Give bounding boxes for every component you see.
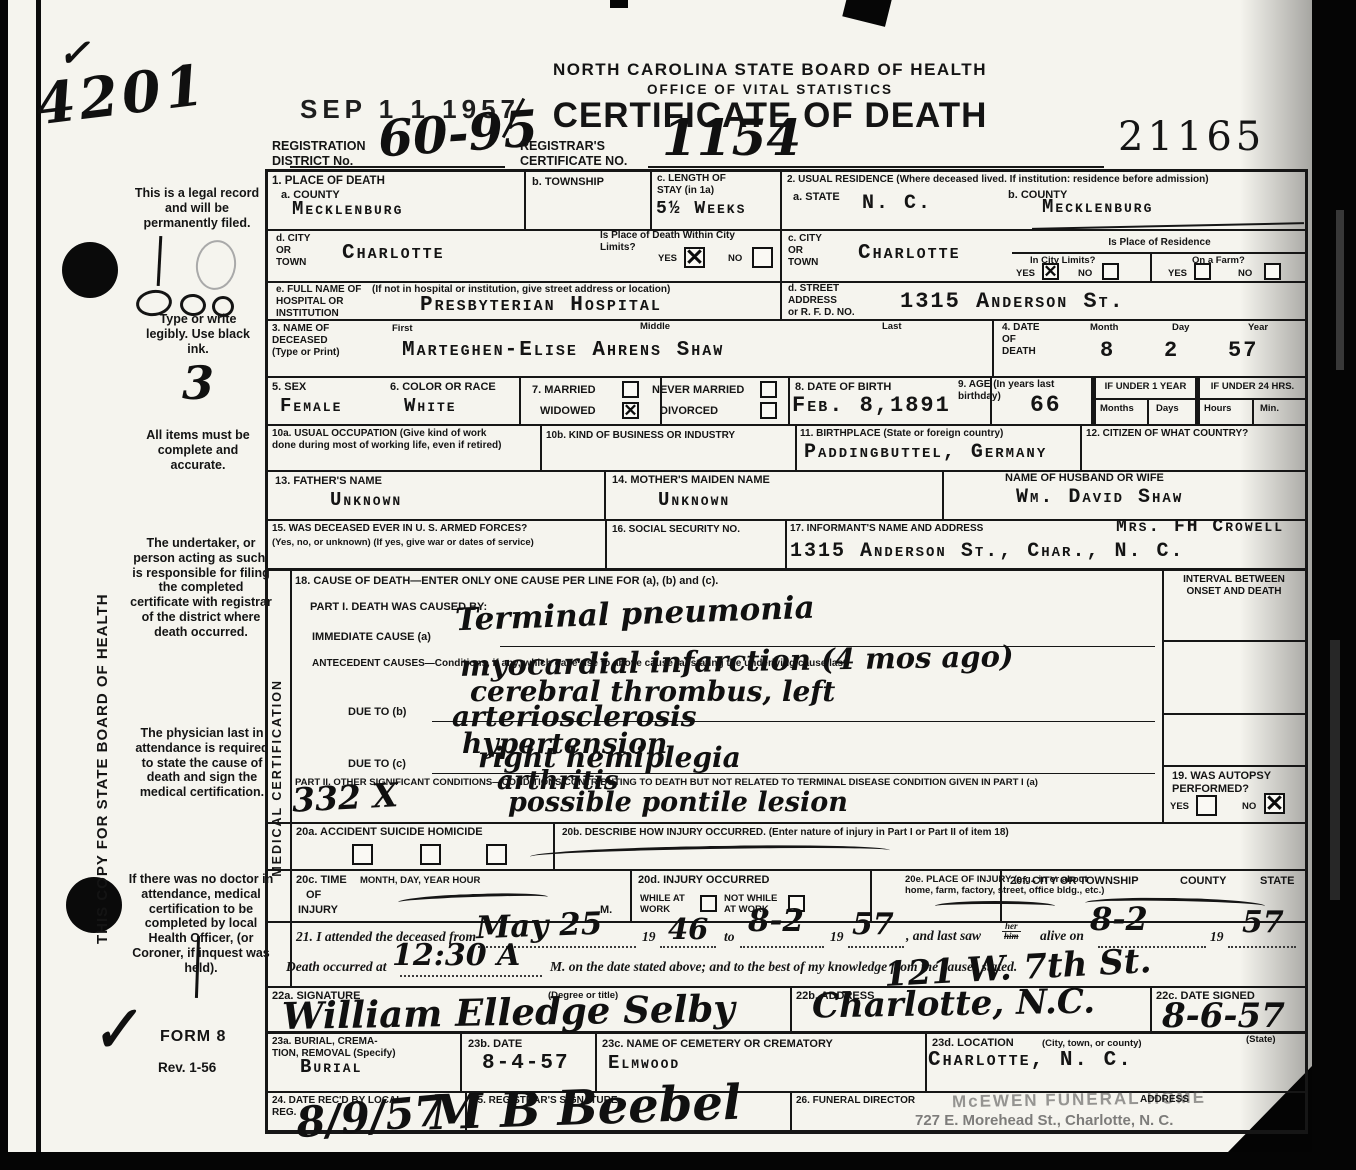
field-length-of-stay-value: 5½ Weeks (656, 199, 746, 219)
time-of-injury-label: 20c. TIME (296, 874, 347, 887)
field-informant-address: 1315 Anderson St., Char., N. C. (790, 540, 1184, 563)
field-place-of-death-title: 1. PLACE OF DEATH (272, 175, 385, 189)
field-residence-city-label: c. CITY OR TOWN (788, 233, 822, 268)
rule (740, 945, 824, 948)
rule (1091, 398, 1307, 400)
field-birth-date-value: Feb. 8,1891 (792, 393, 951, 418)
residence-farm-yes-label: YES (1168, 268, 1187, 279)
rule (1080, 424, 1082, 470)
burial-date-label: 23b. DATE (468, 1038, 522, 1051)
autopsy-label: 19. WAS AUTOPSY PERFORMED? (1172, 770, 1271, 796)
dod-month-header: Month (1090, 322, 1119, 333)
residence-city-yes-label: YES (1016, 268, 1035, 279)
marital-never-label: NEVER MARRIED (652, 384, 744, 397)
death-occurred-statement: Death occurred at (286, 959, 387, 975)
describe-injury-label: 20b. DESCRIBE HOW INJURY OCCURRED. (Ente… (562, 827, 1009, 839)
scan-edge-line (36, 0, 41, 1152)
rule (519, 376, 521, 424)
field-county-value: Mecklenburg (292, 198, 403, 220)
burial-location-sublabel: (City, town, or county) (1042, 1038, 1142, 1049)
rule (1162, 568, 1164, 822)
suicide-checkbox (420, 844, 441, 865)
homicide-checkbox (486, 844, 507, 865)
due-to-b-label: DUE TO (b) (348, 706, 406, 719)
rule (400, 974, 542, 977)
rule (1150, 986, 1152, 1031)
margin-note-undertaker: The undertaker, or person acting as such… (130, 536, 272, 639)
printed-19-a: 19 (642, 929, 656, 945)
field-residence-state-value: N. C. (862, 192, 932, 215)
hw-attended-to: 8-2 (748, 903, 804, 939)
field-death-city-label: d. CITY OR TOWN (276, 233, 310, 268)
rule (1228, 945, 1296, 948)
field-race-value: White (404, 395, 457, 417)
rule (265, 424, 1307, 426)
residence-farm-no-checkbox (1264, 263, 1281, 280)
field-hospital-value: Presbyterian Hospital (420, 294, 662, 317)
time-of-injury-of: OF (306, 889, 321, 902)
field-race-label: 6. COLOR OR RACE (390, 381, 496, 394)
field-informant-label: 17. INFORMANT'S NAME AND ADDRESS (790, 523, 983, 535)
cause-of-death-title: 18. CAUSE OF DEATH—ENTER ONLY ONE CAUSE … (295, 575, 718, 588)
interval-header: INTERVAL BETWEEN ONSET AND DEATH (1166, 574, 1302, 598)
margin-note-physician: The physician last in attendance is requ… (130, 726, 274, 800)
attended-statement-lastsaw: , and last saw (906, 928, 981, 944)
printed-19-c: 19 (1210, 929, 1224, 945)
cemetery-value: Elmwood (608, 1052, 680, 1074)
attended-statement-aliveon: alive on (1040, 928, 1084, 944)
rule (460, 1031, 462, 1091)
rule (790, 1091, 792, 1130)
rule (848, 945, 904, 948)
field-informant-name: Mrs. FH Crowell (1116, 517, 1284, 537)
funeral-address-label: ADDRESS (1140, 1094, 1189, 1106)
rule (265, 169, 1307, 172)
field-residence-county-value: Mecklenburg (1042, 196, 1153, 218)
under-24-hrs-min: Min. (1260, 403, 1279, 414)
rule (795, 424, 797, 470)
rule (648, 166, 1104, 168)
hw-year-46: 46 (668, 912, 708, 946)
field-birthplace-value: Paddingbuttel, Germany (804, 441, 1047, 464)
field-birthplace-label: 11. BIRTHPLACE (State or foreign country… (800, 428, 1003, 440)
rule (1012, 252, 1307, 254)
field-age-value: 66 (1030, 392, 1062, 418)
field-residence-city-value: Charlotte (858, 242, 961, 265)
rule (790, 986, 792, 1031)
rule (540, 424, 542, 470)
burial-location-value: Charlotte, N. C. (928, 1049, 1133, 1072)
dod-year-header: Year (1248, 322, 1268, 333)
accident-checkbox (352, 844, 373, 865)
pen-stroke (935, 901, 1055, 911)
hw-year-57b: 57 (1242, 905, 1284, 940)
field-street-address-label: d. STREET ADDRESS or R. F. D. NO. (788, 283, 855, 318)
burial-date-value: 8-4-57 (482, 1052, 570, 1075)
rule (1252, 398, 1254, 424)
death-city-limits-no-checkbox (752, 247, 773, 268)
rule (290, 166, 505, 168)
accident-suicide-homicide-label: 20a. ACCIDENT SUICIDE HOMICIDE (296, 826, 483, 839)
rule (650, 169, 652, 229)
name-middle-header: Middle (640, 321, 670, 332)
rule (524, 169, 526, 229)
rule (265, 376, 1307, 378)
field-township-label: b. TOWNSHIP (532, 176, 604, 189)
field-name-value: Marteghen-Elise Ahrens Shaw (402, 339, 724, 362)
injury-occurred-label: 20d. INJURY OCCURRED (638, 874, 769, 887)
residence-header: Is Place of Residence (1012, 237, 1307, 249)
while-at-work-checkbox (700, 895, 717, 912)
rule (1150, 252, 1152, 281)
field-street-address-value: 1315 Anderson St. (900, 289, 1125, 314)
rule (925, 1031, 927, 1091)
rule (785, 519, 787, 568)
margin-note-legibly: Type or write legibly. Use black ink. (138, 312, 258, 356)
death-city-limits-yes-label: YES (658, 253, 677, 264)
rule (604, 470, 606, 519)
him-option: him (1002, 932, 1021, 941)
cemetery-label: 23c. NAME OF CEMETERY OR CREMATORY (602, 1038, 833, 1051)
field-father-label: 13. FATHER'S NAME (275, 475, 382, 488)
under-24-hrs-hours: Hours (1204, 403, 1231, 414)
funeral-director-label: 26. FUNERAL DIRECTOR (796, 1095, 915, 1107)
dod-month-value: 8 (1100, 338, 1115, 363)
hw-year-57a: 57 (852, 907, 894, 942)
registration-district-value: 60-95 (376, 98, 540, 168)
rule (1147, 398, 1149, 424)
autopsy-no-label: NO (1242, 801, 1256, 812)
hw-physician-signature: William Elledge Selby (282, 986, 736, 1038)
dod-year-value: 57 (1228, 338, 1258, 363)
burial-location-state-label: (State) (1246, 1034, 1276, 1045)
death-city-limits-no-label: NO (728, 253, 742, 264)
rule (992, 319, 994, 376)
field-ssn-label: 16. SOCIAL SECURITY NO. (612, 524, 740, 536)
registrar-certificate-label: REGISTRAR'S CERTIFICATE NO. (520, 139, 627, 169)
field-usual-residence-title: 2. USUAL RESIDENCE (Where deceased lived… (787, 174, 1303, 186)
margin-checkmark-bottom: ✓ (86, 993, 144, 1067)
marital-widowed-checkbox (622, 402, 639, 419)
marital-married-label: 7. MARRIED (532, 384, 596, 397)
field-industry-label: 10b. KIND OF BUSINESS OR INDUSTRY (546, 430, 735, 442)
residence-city-no-label: NO (1078, 268, 1092, 279)
hw-registrar-signature: M B Beebel (429, 1075, 742, 1142)
field-armed-forces-label: 15. WAS DECEASED EVER IN U. S. ARMED FOR… (272, 523, 527, 535)
marital-divorced-checkbox (760, 402, 777, 419)
field-sex-value: Female (280, 395, 342, 417)
form-revision: Rev. 1-56 (158, 1060, 216, 1076)
residence-farm-yes-checkbox (1194, 263, 1211, 280)
hw-lastsaw-date: 8-2 (1090, 900, 1148, 938)
medical-certification-vertical: MEDICAL CERTIFICATION (264, 598, 290, 958)
rule (265, 568, 1307, 571)
registration-district-label: REGISTRATION DISTRICT No. (272, 139, 366, 169)
rule (788, 376, 790, 424)
serial-number: 21165 (1118, 114, 1265, 160)
scan-streak (1336, 210, 1344, 370)
field-residence-state-label: a. STATE (793, 191, 840, 204)
residence-city-no-checkbox (1102, 263, 1119, 280)
field-spouse-label: NAME OF HUSBAND OR WIFE (1005, 472, 1164, 485)
rule (1162, 713, 1307, 715)
margin-note-complete: All items must be complete and accurate. (131, 428, 265, 472)
scan-blob-top2 (610, 0, 628, 8)
hw-physician-address-city: Charlotte, N.C. (812, 982, 1096, 1027)
field-citizen-label: 12. CITIZEN OF WHAT COUNTRY? (1086, 428, 1248, 440)
dod-day-header: Day (1172, 322, 1189, 333)
name-first-header: First (392, 323, 413, 334)
marital-divorced-label: DIVORCED (660, 405, 718, 418)
field-armed-forces-sublabel: (Yes, no, or unknown) (If yes, give war … (272, 537, 534, 548)
field-occupation-label: 10a. USUAL OCCUPATION (Give kind of work… (272, 428, 501, 452)
hw-code-332x: 332 X (291, 775, 399, 819)
margin-mark-3: 3 (182, 356, 214, 410)
death-city-limits-yes-checkbox (684, 247, 705, 268)
field-name-label: 3. NAME OF DECEASED (Type or Print) (272, 323, 340, 358)
hw-time-of-death: 12:30 A (392, 938, 520, 973)
scan-streak (1330, 640, 1340, 900)
autopsy-yes-label: YES (1170, 801, 1189, 812)
rule (1305, 169, 1308, 1134)
form-number: FORM 8 (160, 1028, 226, 1047)
burial-value: Burial (300, 1056, 362, 1078)
autopsy-no-checkbox (1264, 793, 1285, 814)
board-title: NORTH CAROLINA STATE BOARD OF HEALTH (420, 60, 1120, 80)
time-of-injury-injury: INJURY (298, 904, 338, 917)
rule (265, 869, 1307, 871)
under-1-year-days: Days (1156, 403, 1179, 414)
field-death-city-value: Charlotte (342, 242, 445, 265)
copy-designation-vertical: THIS COPY FOR STATE BOARD OF HEALTH (94, 452, 112, 944)
rule (265, 822, 1307, 824)
field-sex-label: 5. SEX (272, 381, 306, 394)
rule (605, 519, 607, 568)
field-date-of-death-label: 4. DATE OF DEATH (1002, 322, 1040, 357)
injury-state-label: STATE (1260, 875, 1294, 888)
field-mother-value: Unknown (658, 489, 730, 511)
residence-farm-no-label: NO (1238, 268, 1252, 279)
her-him-stack: her him (1002, 922, 1021, 941)
residence-city-yes-checkbox (1042, 263, 1059, 280)
rule (630, 869, 632, 921)
marital-widowed-label: WIDOWED (540, 405, 596, 418)
attended-statement-to: to (724, 929, 735, 945)
field-spouse-value: Wm. David Shaw (1016, 486, 1183, 509)
rule (780, 169, 782, 319)
marital-never-checkbox (760, 381, 777, 398)
under-1-year-months: Months (1100, 403, 1134, 414)
field-hospital-label: e. FULL NAME OF HOSPITAL OR INSTITUTION (276, 284, 361, 319)
injury-county-label: COUNTY (1180, 875, 1226, 888)
name-last-header: Last (882, 321, 902, 332)
field-length-of-stay-label: c. LENGTH OF STAY (in 1a) (657, 173, 726, 197)
registrar-certificate-value: 1154 (662, 108, 801, 167)
rule (1162, 640, 1307, 642)
death-certificate-scan: ✓ 4201 This is a legal record and will b… (0, 0, 1356, 1170)
under-1-year-header: IF UNDER 1 YEAR (1096, 381, 1195, 392)
hw-pontile: possible pontile lesion (508, 787, 848, 818)
field-father-value: Unknown (330, 489, 402, 511)
margin-note-no-doctor: If there was no doctor in attendance, me… (126, 872, 276, 975)
marital-married-checkbox (622, 381, 639, 398)
punch-hole-top (62, 242, 118, 298)
funeral-home-stamp-address: 727 E. Morehead St., Charlotte, N. C. (915, 1112, 1173, 1129)
dod-day-value: 2 (1164, 338, 1179, 363)
due-to-c-label: DUE TO (c) (348, 758, 406, 771)
rule (265, 281, 1307, 283)
injury-city-label: 20f. CITY OR TOWNSHIP (1010, 875, 1139, 888)
residence-city-limits-label: In City Limits? (1030, 255, 1095, 266)
printed-19-b: 19 (830, 929, 844, 945)
hw-date-signed: 8-6-57 (1162, 996, 1285, 1036)
time-of-injury-sublabel: MONTH, DAY, YEAR HOUR (360, 875, 480, 886)
under-24-hrs-header: IF UNDER 24 HRS. (1200, 381, 1305, 392)
margin-note-legal: This is a legal record and will be perma… (133, 186, 261, 230)
autopsy-yes-checkbox (1196, 795, 1217, 816)
rule (265, 319, 1307, 321)
rule (265, 229, 1307, 231)
rule (290, 568, 292, 986)
field-mother-label: 14. MOTHER'S MAIDEN NAME (612, 474, 770, 487)
rule (553, 822, 555, 869)
immediate-cause-label: IMMEDIATE CAUSE (a) (312, 631, 431, 644)
rule (1162, 765, 1307, 767)
rule (942, 470, 944, 519)
